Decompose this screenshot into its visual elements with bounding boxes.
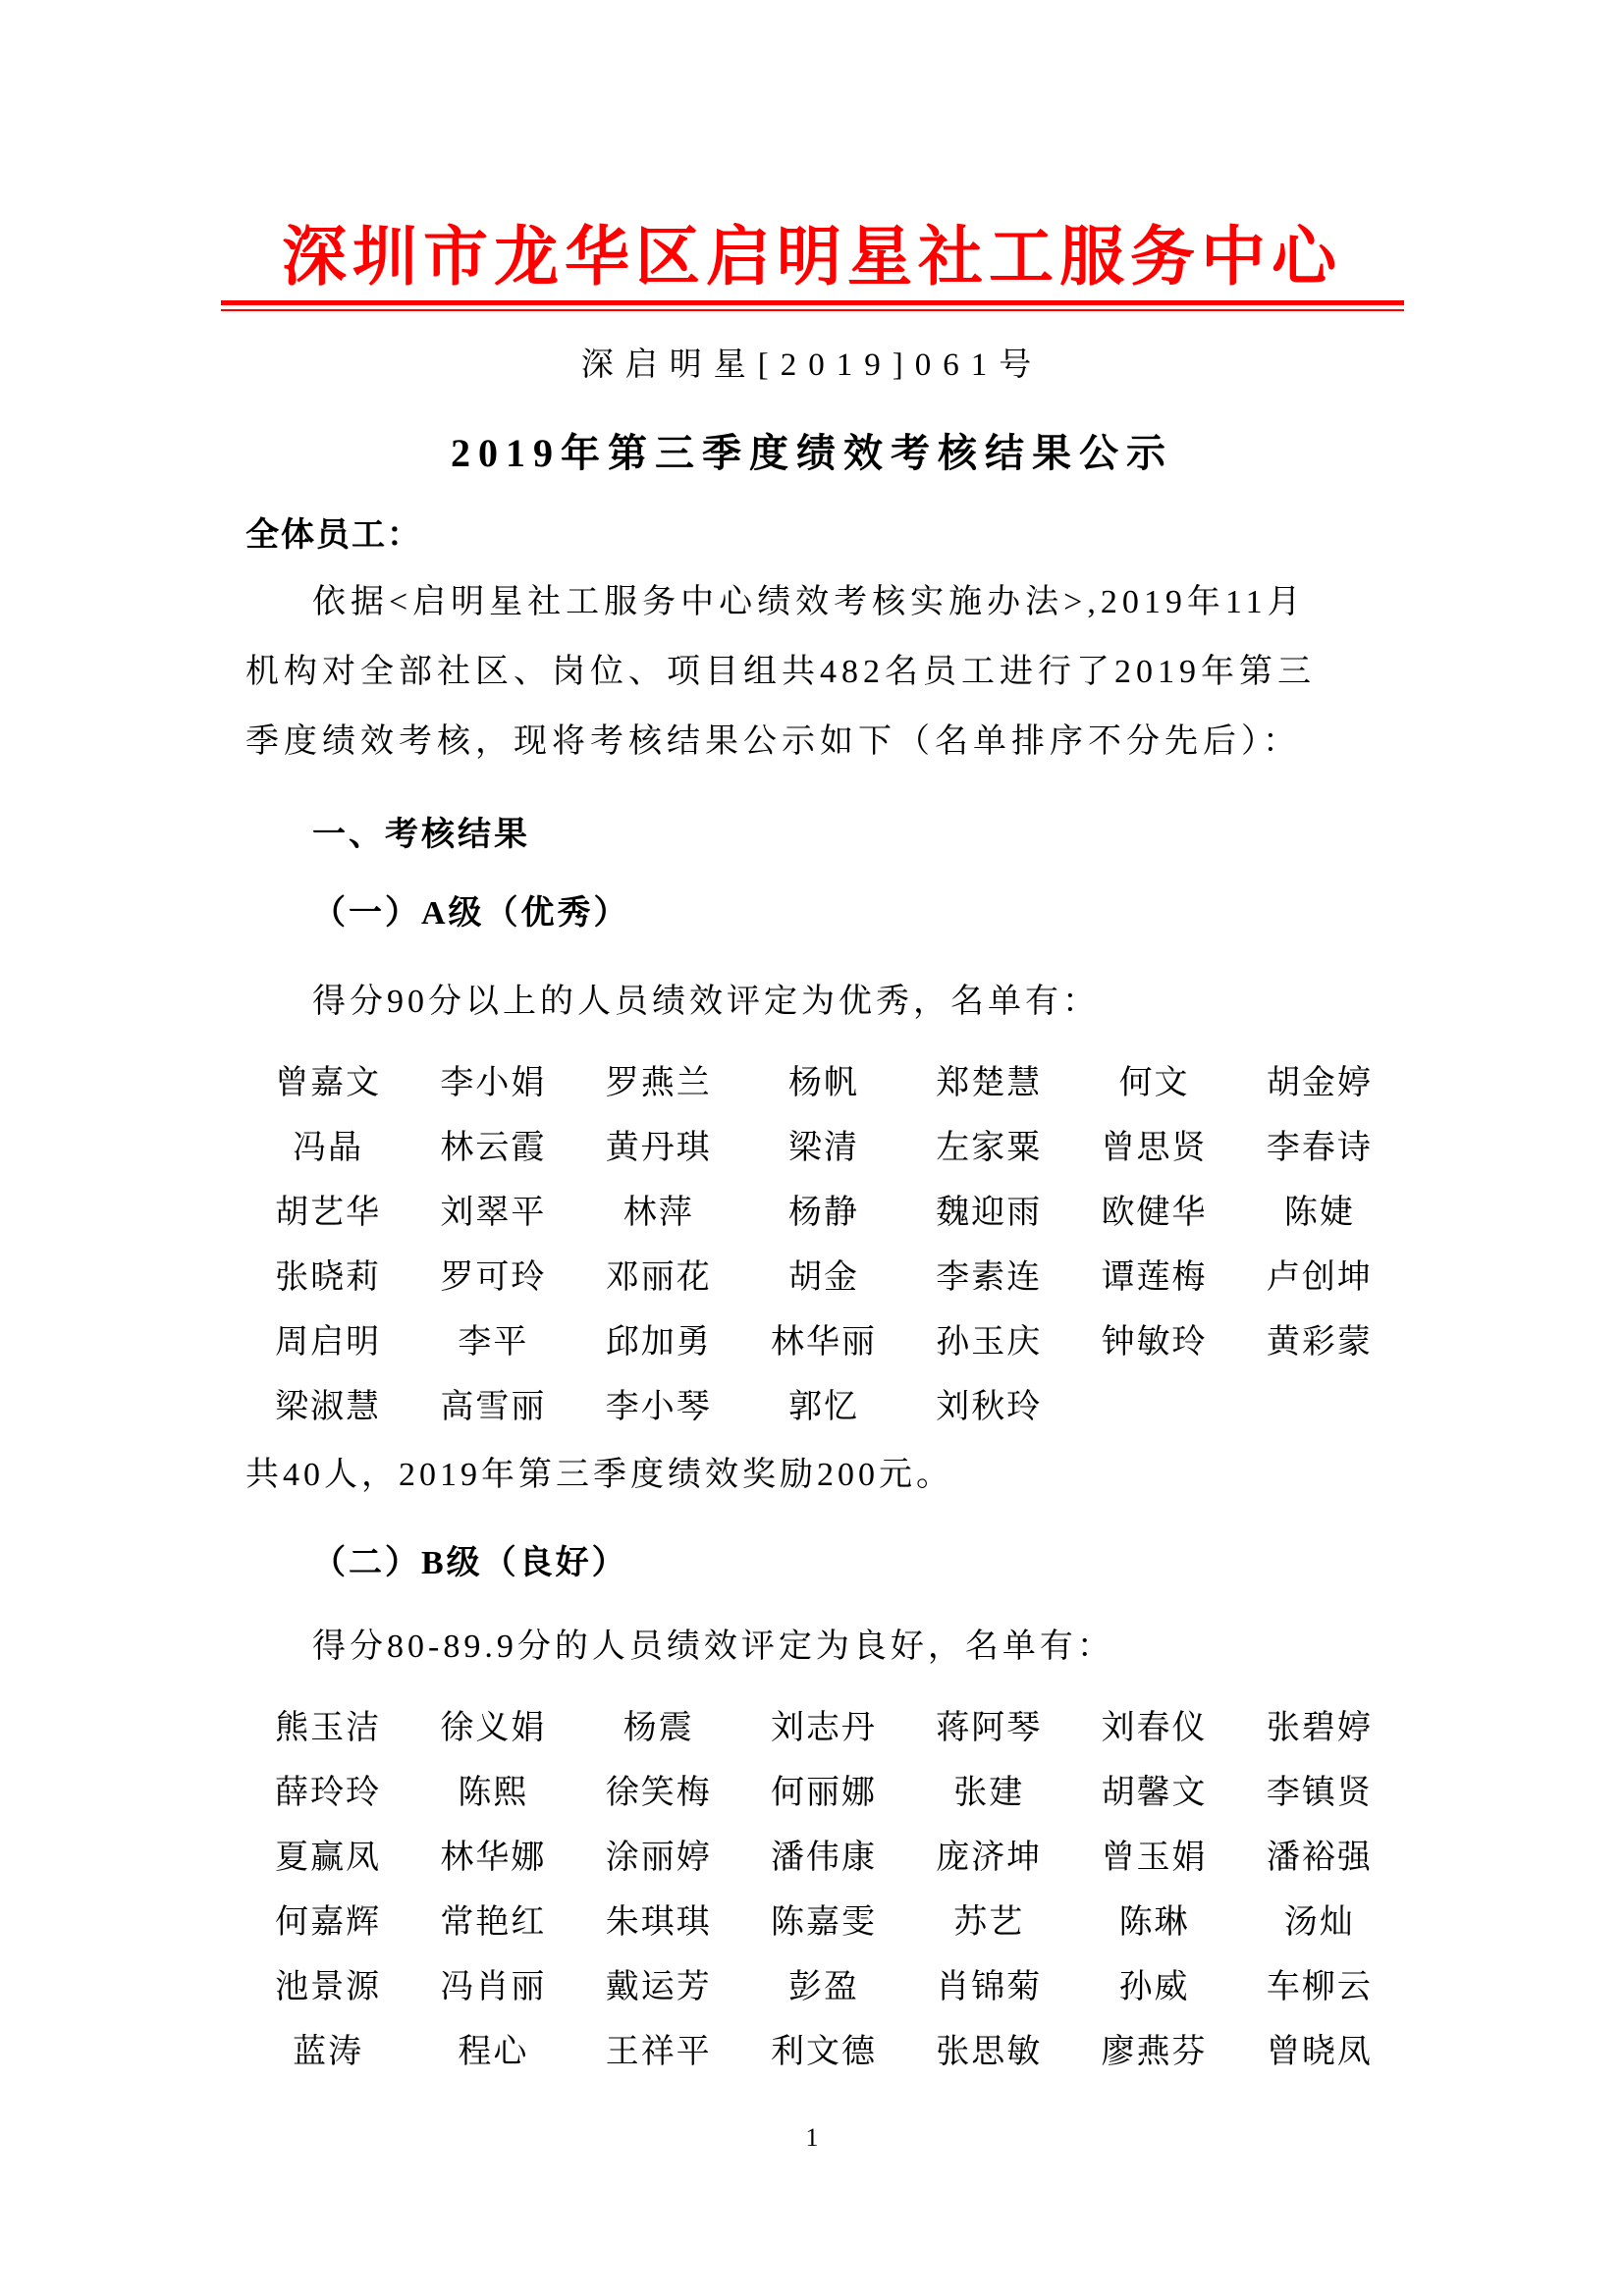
employee-name: 薛玲玲: [245, 1757, 410, 1822]
employee-name: 池景源: [245, 1951, 410, 2016]
employee-name: 左家粟: [906, 1112, 1071, 1177]
salutation: 全体员工：: [245, 516, 1402, 556]
employee-name: 林华丽: [741, 1307, 906, 1371]
employee-name: 何丽娜: [741, 1757, 906, 1822]
employee-name: 常艳红: [410, 1887, 575, 1951]
employee-name: 欧健华: [1071, 1177, 1236, 1242]
employee-name: 车柳云: [1237, 1951, 1402, 2016]
employee-name: 利文德: [741, 2016, 906, 2081]
employee-name: 李素连: [906, 1242, 1071, 1307]
employee-name: 罗燕兰: [576, 1047, 741, 1112]
org-title: 深圳市龙华区启明星社工服务中心: [221, 221, 1404, 294]
paragraph-line: 依据<启明星社工服务中心绩效考核实施办法>,2019年11月: [245, 567, 1402, 637]
employee-name: 刘志丹: [741, 1692, 906, 1757]
employee-name: 戴运芳: [576, 1951, 741, 2016]
page-number: 1: [0, 2125, 1624, 2151]
employee-name: 李镇贤: [1237, 1757, 1402, 1822]
employee-name: 梁淑慧: [245, 1371, 410, 1436]
employee-name: 陈琳: [1071, 1887, 1236, 1951]
document-page: 深圳市龙华区启明星社工服务中心 深启明星[2019]061号 2019年第三季度…: [0, 0, 1624, 2296]
section-heading-results: 一、考核结果: [245, 816, 1402, 855]
employee-name: 陈婕: [1237, 1177, 1402, 1242]
employee-name: 彭盈: [741, 1951, 906, 2016]
employee-name: 李平: [410, 1307, 575, 1371]
employee-name: 罗可玲: [410, 1242, 575, 1307]
employee-name: 朱琪琪: [576, 1887, 741, 1951]
grade-a-intro: 得分90分以上的人员绩效评定为优秀，名单有：: [245, 983, 1402, 1022]
employee-name: 胡艺华: [245, 1177, 410, 1242]
employee-name: 郭忆: [741, 1371, 906, 1436]
employee-name: 王祥平: [576, 2016, 741, 2081]
document-body: 全体员工： 依据<启明星社工服务中心绩效考核实施办法>,2019年11月 机构对…: [0, 516, 1624, 2081]
employee-name: 胡馨文: [1071, 1757, 1236, 1822]
employee-name: 汤灿: [1237, 1887, 1402, 1951]
employee-name: 冯晶: [245, 1112, 410, 1177]
employee-name: 孙玉庆: [906, 1307, 1071, 1371]
letterhead-rule-thin: [221, 309, 1404, 311]
employee-name: 刘秋玲: [906, 1371, 1071, 1436]
employee-name: 李春诗: [1237, 1112, 1402, 1177]
employee-name: 孙威: [1071, 1951, 1236, 2016]
employee-name: 张晓莉: [245, 1242, 410, 1307]
employee-name: 刘春仪: [1071, 1692, 1236, 1757]
employee-name: 刘翠平: [410, 1177, 575, 1242]
employee-name: 蓝涛: [245, 2016, 410, 2081]
intro-paragraph: 依据<启明星社工服务中心绩效考核实施办法>,2019年11月 机构对全部社区、岗…: [245, 567, 1402, 776]
employee-name: 潘裕强: [1237, 1822, 1402, 1887]
employee-name: 涂丽婷: [576, 1822, 741, 1887]
employee-name: 潘伟康: [741, 1822, 906, 1887]
employee-name: 谭莲梅: [1071, 1242, 1236, 1307]
employee-name: 苏艺: [906, 1887, 1071, 1951]
employee-name: 林萍: [576, 1177, 741, 1242]
employee-name: 郑楚慧: [906, 1047, 1071, 1112]
employee-name: 徐义娟: [410, 1692, 575, 1757]
employee-name: 冯肖丽: [410, 1951, 575, 2016]
employee-name: 曾嘉文: [245, 1047, 410, 1112]
employee-name: 邓丽花: [576, 1242, 741, 1307]
employee-name: 胡金: [741, 1242, 906, 1307]
employee-name: 黄彩蒙: [1237, 1307, 1402, 1371]
grade-a-heading: （一）A级（优秀）: [245, 894, 1402, 934]
doc-number: 深启明星[2019]061号: [0, 345, 1624, 387]
employee-name: 张思敏: [906, 2016, 1071, 2081]
employee-name: 李小琴: [576, 1371, 741, 1436]
employee-name: 曾玉娟: [1071, 1822, 1236, 1887]
employee-name: 熊玉洁: [245, 1692, 410, 1757]
employee-name: 张碧婷: [1237, 1692, 1402, 1757]
grade-a-summary: 共40人，2019年第三季度绩效奖励200元。: [245, 1456, 1402, 1495]
employee-name: 庞济坤: [906, 1822, 1071, 1887]
employee-name: 曾思贤: [1071, 1112, 1236, 1177]
paragraph-line: 机构对全部社区、岗位、项目组共482名员工进行了2019年第三: [245, 637, 1402, 707]
letterhead: 深圳市龙华区启明星社工服务中心: [221, 221, 1404, 311]
letterhead-rule-thick: [221, 300, 1404, 305]
employee-name: 徐笑梅: [576, 1757, 741, 1822]
grade-b-heading: （二）B级（良好）: [245, 1544, 1402, 1583]
employee-name: 魏迎雨: [906, 1177, 1071, 1242]
employee-name: 杨震: [576, 1692, 741, 1757]
employee-name: 程心: [410, 2016, 575, 2081]
grade-b-name-grid: 熊玉洁徐义娟杨震刘志丹蒋阿琴刘春仪张碧婷薛玲玲陈熙徐笑梅何丽娜张建胡馨文李镇贤夏…: [245, 1692, 1402, 2081]
employee-name: 杨帆: [741, 1047, 906, 1112]
employee-name: 廖燕芬: [1071, 2016, 1236, 2081]
employee-name: 曾晓凤: [1237, 2016, 1402, 2081]
employee-name: 蒋阿琴: [906, 1692, 1071, 1757]
employee-name: 杨静: [741, 1177, 906, 1242]
employee-name: 何文: [1071, 1047, 1236, 1112]
employee-name: 周启明: [245, 1307, 410, 1371]
employee-name: 何嘉辉: [245, 1887, 410, 1951]
employee-name: 高雪丽: [410, 1371, 575, 1436]
employee-name: 陈嘉雯: [741, 1887, 906, 1951]
employee-name: 胡金婷: [1237, 1047, 1402, 1112]
employee-name: 邱加勇: [576, 1307, 741, 1371]
employee-name: 黄丹琪: [576, 1112, 741, 1177]
employee-name: 卢创坤: [1237, 1242, 1402, 1307]
employee-name: 陈熙: [410, 1757, 575, 1822]
employee-name: 肖锦菊: [906, 1951, 1071, 2016]
employee-name: 张建: [906, 1757, 1071, 1822]
paragraph-line: 季度绩效考核，现将考核结果公示如下（名单排序不分先后）：: [245, 707, 1402, 776]
employee-name: 林云霞: [410, 1112, 575, 1177]
doc-title: 2019年第三季度绩效考核结果公示: [0, 430, 1624, 477]
employee-name: 夏赢凤: [245, 1822, 410, 1887]
grade-a-name-grid: 曾嘉文李小娟罗燕兰杨帆郑楚慧何文胡金婷冯晶林云霞黄丹琪梁清左家粟曾思贤李春诗胡艺…: [245, 1047, 1402, 1436]
employee-name: 钟敏玲: [1071, 1307, 1236, 1371]
employee-name: 李小娟: [410, 1047, 575, 1112]
grade-b-intro: 得分80-89.9分的人员绩效评定为良好，名单有：: [245, 1628, 1402, 1667]
employee-name: 林华娜: [410, 1822, 575, 1887]
employee-name: 梁清: [741, 1112, 906, 1177]
